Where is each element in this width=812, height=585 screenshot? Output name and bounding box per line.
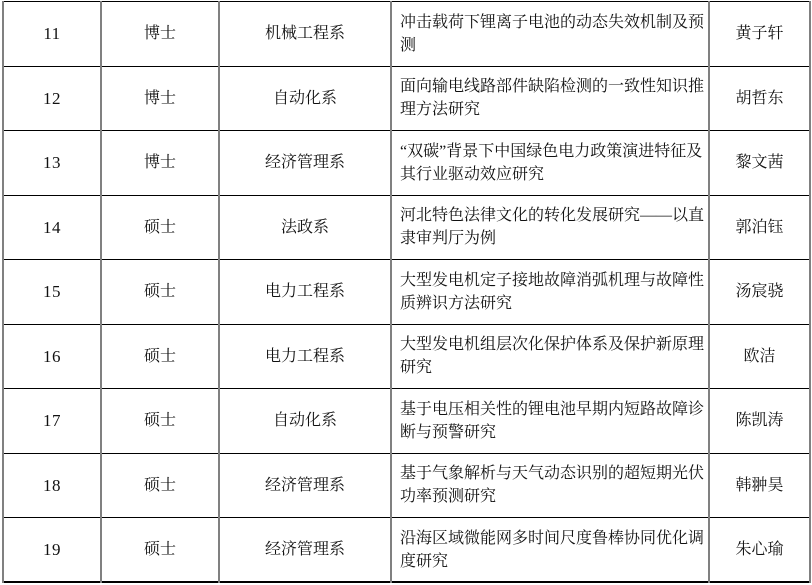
cell-number: 16 (3, 324, 101, 389)
cell-degree: 硕士 (101, 324, 219, 389)
cell-student-name: 胡哲东 (709, 66, 810, 131)
cell-thesis-title: 冲击载荷下锂离子电池的动态失效机制及预测 (391, 2, 709, 67)
cell-department: 法政系 (219, 195, 391, 260)
cell-department: 自动化系 (219, 389, 391, 454)
cell-thesis-title: “双碳”背景下中国绿色电力政策演进特征及其行业驱动效应研究 (391, 131, 709, 196)
table-row: 17 硕士 自动化系 基于电压相关性的锂电池早期内短路故障诊断与预警研究 陈凯涛 (3, 389, 810, 454)
cell-department: 电力工程系 (219, 260, 391, 325)
cell-thesis-title: 基于气象解析与天气动态识别的超短期光伏功率预测研究 (391, 453, 709, 518)
cell-department: 经济管理系 (219, 453, 391, 518)
cell-degree: 硕士 (101, 260, 219, 325)
cell-student-name: 陈凯涛 (709, 389, 810, 454)
cell-student-name: 欧洁 (709, 324, 810, 389)
cell-thesis-title: 大型发电机定子接地故障消弧机理与故障性质辨识方法研究 (391, 260, 709, 325)
cell-thesis-title: 河北特色法律文化的转化发展研究——以直隶审判厅为例 (391, 195, 709, 260)
cell-department: 电力工程系 (219, 324, 391, 389)
cell-student-name: 黄子轩 (709, 2, 810, 67)
table-row: 19 硕士 经济管理系 沿海区域微能网多时间尺度鲁棒协同优化调度研究 朱心瑜 (3, 518, 810, 583)
table-row: 14 硕士 法政系 河北特色法律文化的转化发展研究——以直隶审判厅为例 郭泊钰 (3, 195, 810, 260)
cell-department: 经济管理系 (219, 131, 391, 196)
cell-degree: 硕士 (101, 195, 219, 260)
cell-number: 14 (3, 195, 101, 260)
cell-degree: 硕士 (101, 389, 219, 454)
cell-thesis-title: 面向输电线路部件缺陷检测的一致性知识推理方法研究 (391, 66, 709, 131)
cell-degree: 博士 (101, 131, 219, 196)
cell-thesis-title: 沿海区域微能网多时间尺度鲁棒协同优化调度研究 (391, 518, 709, 583)
cell-degree: 博士 (101, 66, 219, 131)
cell-number: 13 (3, 131, 101, 196)
cell-degree: 硕士 (101, 518, 219, 583)
cell-number: 17 (3, 389, 101, 454)
table-row: 13 博士 经济管理系 “双碳”背景下中国绿色电力政策演进特征及其行业驱动效应研… (3, 131, 810, 196)
thesis-table: 11 博士 机械工程系 冲击载荷下锂离子电池的动态失效机制及预测 黄子轩 12 … (2, 1, 811, 583)
table-row: 15 硕士 电力工程系 大型发电机定子接地故障消弧机理与故障性质辨识方法研究 汤… (3, 260, 810, 325)
cell-student-name: 汤宸骁 (709, 260, 810, 325)
cell-number: 11 (3, 2, 101, 67)
cell-student-name: 郭泊钰 (709, 195, 810, 260)
cell-number: 18 (3, 453, 101, 518)
cell-department: 经济管理系 (219, 518, 391, 583)
document-page: 11 博士 机械工程系 冲击载荷下锂离子电池的动态失效机制及预测 黄子轩 12 … (0, 0, 812, 585)
cell-thesis-title: 基于电压相关性的锂电池早期内短路故障诊断与预警研究 (391, 389, 709, 454)
cell-thesis-title: 大型发电机组层次化保护体系及保护新原理研究 (391, 324, 709, 389)
cell-student-name: 朱心瑜 (709, 518, 810, 583)
cell-department: 自动化系 (219, 66, 391, 131)
cell-degree: 博士 (101, 2, 219, 67)
cell-department: 机械工程系 (219, 2, 391, 67)
cell-student-name: 黎文茜 (709, 131, 810, 196)
cell-student-name: 韩翀昊 (709, 453, 810, 518)
table-body: 11 博士 机械工程系 冲击载荷下锂离子电池的动态失效机制及预测 黄子轩 12 … (3, 2, 810, 583)
table-row: 12 博士 自动化系 面向输电线路部件缺陷检测的一致性知识推理方法研究 胡哲东 (3, 66, 810, 131)
table-row: 16 硕士 电力工程系 大型发电机组层次化保护体系及保护新原理研究 欧洁 (3, 324, 810, 389)
table-row: 11 博士 机械工程系 冲击载荷下锂离子电池的动态失效机制及预测 黄子轩 (3, 2, 810, 67)
cell-number: 19 (3, 518, 101, 583)
cell-number: 12 (3, 66, 101, 131)
cell-number: 15 (3, 260, 101, 325)
table-row: 18 硕士 经济管理系 基于气象解析与天气动态识别的超短期光伏功率预测研究 韩翀… (3, 453, 810, 518)
cell-degree: 硕士 (101, 453, 219, 518)
